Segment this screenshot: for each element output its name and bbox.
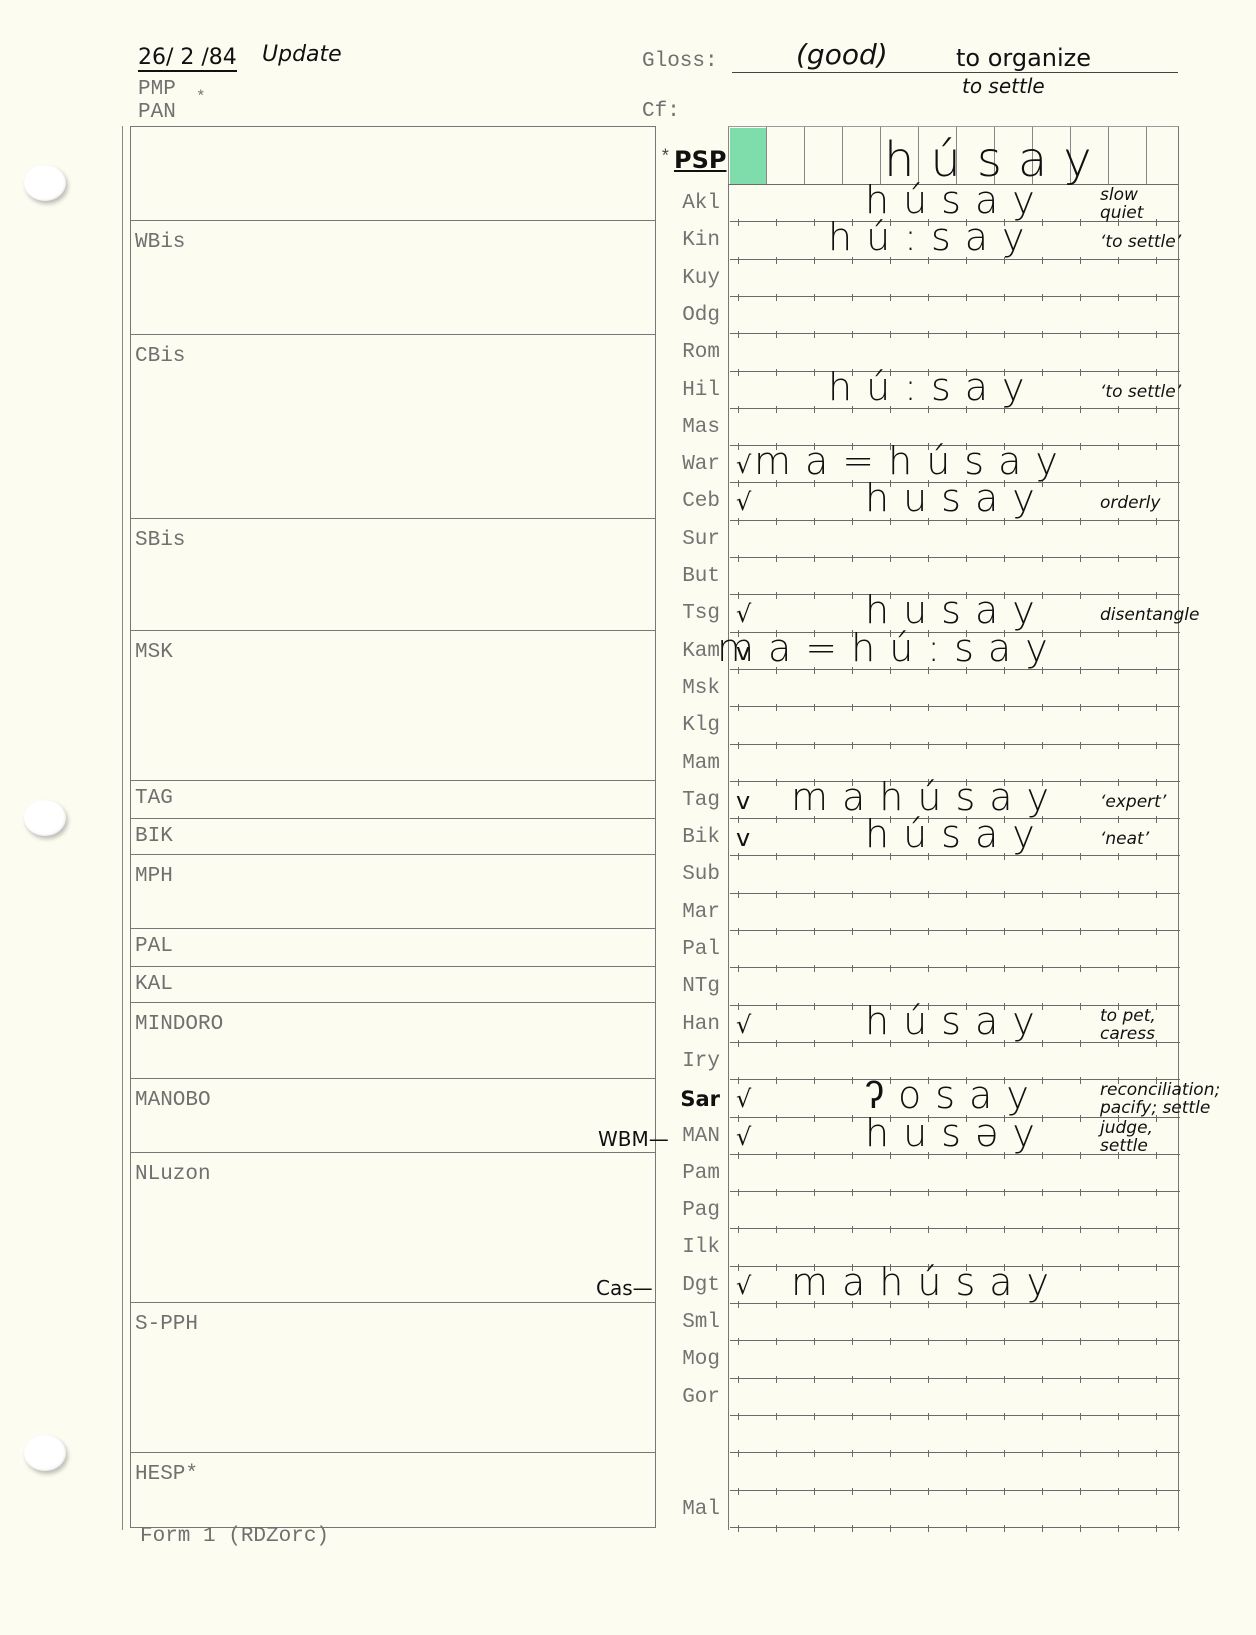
gloss-value-good: (good) (796, 38, 888, 71)
reflex-row-line (730, 333, 1180, 334)
subgroup-column: WBisCBisSBisMSKTAGBIKMPHPALKALMINDOROMAN… (130, 126, 656, 1528)
language-code: Tag (654, 789, 720, 812)
language-code: Mog (654, 1348, 720, 1371)
check-mark-icon: √ (736, 488, 751, 516)
check-mark-icon: √ (736, 1272, 751, 1300)
psp-cell (1108, 127, 1109, 184)
language-code: Kuy (654, 267, 720, 290)
reflex-gloss: slow quiet (1100, 186, 1143, 222)
subgroup-section: WBis (131, 221, 655, 335)
check-mark-icon: √ (736, 600, 751, 628)
reflex-row-line (730, 296, 1180, 297)
reflex-form: hú:say (828, 215, 1039, 259)
binder-hole-middle (24, 800, 66, 836)
update-label: Update (262, 42, 342, 67)
language-code: Mal (654, 1498, 720, 1521)
subgroup-section: MSK (131, 631, 655, 781)
subgroup-label: PAL (135, 935, 173, 958)
check-mark-icon: √ (736, 451, 751, 479)
form-footer: Form 1 (RDZorc) (140, 1525, 329, 1548)
psp-highlight (730, 128, 766, 184)
reflex-gloss: reconciliation; pacify; settle (1100, 1081, 1220, 1117)
subgroup-section (131, 127, 655, 221)
language-code: Pag (654, 1199, 720, 1222)
reflex-row-line (730, 1191, 1180, 1192)
language-code: Rom (654, 341, 720, 364)
reflex-row-line (730, 1452, 1180, 1453)
language-code: Ilk (654, 1236, 720, 1259)
language-code: Odg (654, 304, 720, 327)
reflex-gloss: disentangle (1100, 606, 1199, 624)
subgroup-section: PAL (131, 929, 655, 967)
psp-cell (842, 127, 843, 184)
reflex-form: húsay (865, 812, 1049, 856)
gloss-value-settle: to settle (962, 74, 1045, 98)
check-mark-icon: √ (736, 1085, 751, 1113)
language-code: Kin (654, 229, 720, 252)
language-code: Mam (654, 752, 720, 775)
check-mark-icon: √ (736, 1011, 751, 1039)
reflex-row-line (730, 967, 1180, 968)
language-code: But (654, 565, 720, 588)
subgroup-label: TAG (135, 787, 173, 810)
subgroup-section: HESP* (131, 1453, 655, 1526)
check-mark-icon: v (736, 787, 750, 815)
language-code: Sar (654, 1087, 720, 1111)
reflex-row-line (730, 1228, 1180, 1229)
binder-hole-top (24, 165, 66, 201)
psp-asterisk: * (660, 148, 671, 168)
reflex-row-line (730, 557, 1180, 558)
reflex-gloss: ‘to settle’ (1100, 383, 1181, 401)
subgroup-label: MPH (135, 865, 173, 888)
reflex-row-line (730, 706, 1180, 707)
gloss-value-organize: to organize (956, 44, 1091, 72)
language-code: Mar (654, 901, 720, 924)
check-mark-icon: √ (736, 1123, 751, 1151)
reflex-gloss: to pet, caress (1100, 1007, 1156, 1043)
subgroup-section: S-PPH (131, 1303, 655, 1453)
language-code: Kam (654, 640, 720, 663)
psp-cell (804, 127, 805, 184)
subgroup-label: KAL (135, 973, 173, 996)
subgroup-section: SBis (131, 519, 655, 631)
binder-hole-bottom (24, 1435, 66, 1471)
reflex-row-line (730, 1340, 1180, 1341)
reflex-row-line (730, 930, 1180, 931)
subgroup-label: S-PPH (135, 1313, 198, 1336)
reflex-gloss: ‘neat’ (1100, 830, 1149, 848)
subgroup-label: MANOBO (135, 1089, 211, 1112)
gloss-label: Gloss: (642, 50, 718, 73)
reflex-form: husay (865, 476, 1049, 520)
reflex-form: hú:say (828, 365, 1039, 409)
language-code: Tsg (654, 602, 720, 625)
pmp-asterisk: * (196, 88, 206, 106)
psp-label: PSP (674, 146, 726, 174)
date-stamp: 26/ 2 /84 (138, 46, 237, 72)
language-code: Pam (654, 1162, 720, 1185)
language-code: NTg (654, 975, 720, 998)
reflex-form: ma=hú:say (717, 626, 1062, 670)
language-code: Pal (654, 938, 720, 961)
language-code: Dgt (654, 1274, 720, 1297)
subgroup-label: MSK (135, 641, 173, 664)
language-code: Akl (654, 192, 720, 215)
reflex-row-line (730, 1527, 1180, 1528)
language-code: War (654, 453, 720, 476)
subgroup-label: BIK (135, 825, 173, 848)
subgroup-label: HESP* (135, 1463, 198, 1486)
subgroup-label: MINDORO (135, 1013, 223, 1036)
language-code: Iry (654, 1050, 720, 1073)
subgroup-section: MINDORO (131, 1003, 655, 1079)
language-code: Mas (654, 416, 720, 439)
language-code: Sur (654, 528, 720, 551)
reflex-row-line (730, 1378, 1180, 1379)
side-annotation: Cas— (596, 1276, 653, 1300)
reflex-form: husəy (865, 1111, 1049, 1155)
reflex-gloss: ‘to settle’ (1100, 233, 1181, 251)
pan-label: PAN (138, 101, 176, 124)
subgroup-label: WBis (135, 231, 185, 254)
reflex-row-line (730, 744, 1180, 745)
subgroup-section: TAG (131, 781, 655, 819)
check-mark-icon: v (736, 824, 750, 852)
side-annotation: WBM— (598, 1127, 669, 1151)
language-code: Gor (654, 1386, 720, 1409)
subgroup-section: KAL (131, 967, 655, 1003)
reflex-row-line (730, 893, 1180, 894)
psp-cell (880, 127, 881, 184)
language-code: Ceb (654, 490, 720, 513)
subgroup-section: BIK (131, 819, 655, 855)
reflex-gloss: judge, settle (1100, 1119, 1153, 1155)
language-code: Hil (654, 379, 720, 402)
language-code: Msk (654, 677, 720, 700)
subgroup-section: MANOBO (131, 1079, 655, 1153)
subgroup-section: CBis (131, 335, 655, 519)
gloss-underline (732, 72, 1178, 73)
subgroup-label: SBis (135, 529, 185, 552)
reflex-form: mahúsay (791, 1260, 1063, 1304)
language-code: Sub (654, 863, 720, 886)
psp-cell (1146, 127, 1147, 184)
pmp-label: PMP (138, 78, 176, 101)
language-code: Sml (654, 1311, 720, 1334)
reflex-row-line (730, 1490, 1180, 1491)
reflex-form: húsay (865, 999, 1049, 1043)
subgroup-section: MPH (131, 855, 655, 929)
subgroup-label: CBis (135, 345, 185, 368)
psp-cell (766, 127, 767, 184)
subgroup-label: NLuzon (135, 1163, 211, 1186)
language-code: Klg (654, 714, 720, 737)
subgroup-section: NLuzon (131, 1153, 655, 1303)
reflex-gloss: ‘expert’ (1100, 793, 1166, 811)
psp-cell (728, 127, 729, 184)
reflex-gloss: orderly (1100, 494, 1160, 512)
reflex-row-line (730, 1415, 1180, 1416)
cf-label: Cf: (642, 100, 680, 123)
language-code: Han (654, 1013, 720, 1036)
language-code: Bik (654, 826, 720, 849)
